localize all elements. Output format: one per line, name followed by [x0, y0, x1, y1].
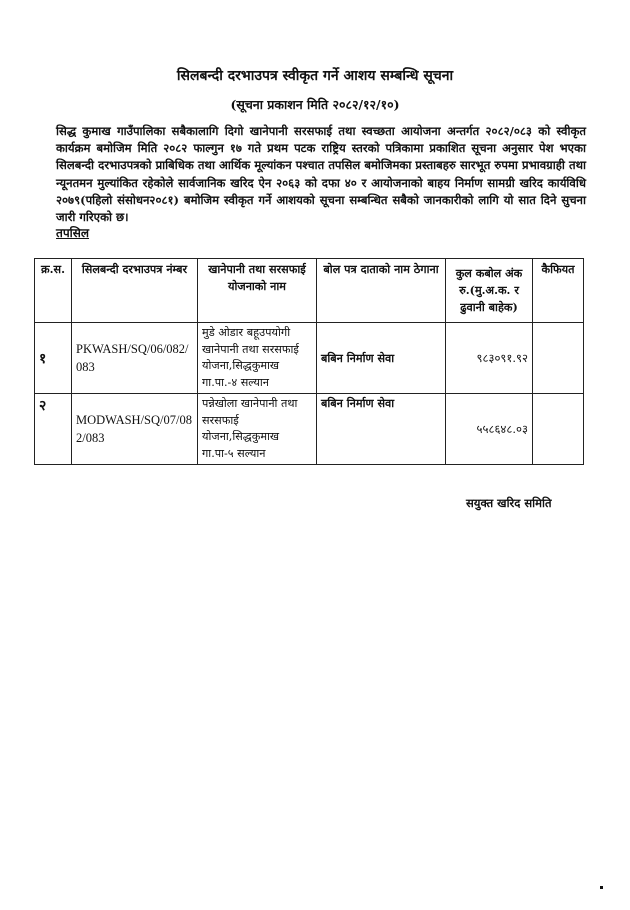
header-amount: कुल कबोल अंक रु.(मु.अ.क. र ढुवानी बाहेक)	[446, 259, 533, 323]
table-row: २ MODWASH/SQ/07/082/083 पन्नेखोला खानेपा…	[35, 394, 584, 465]
header-remarks: कैफियत	[533, 259, 584, 323]
scan-speck	[600, 886, 603, 889]
section-heading: तपसिल	[56, 224, 89, 241]
signature-committee: सयुक्त खरिद समिति	[466, 496, 552, 511]
table-row: १ PKWASH/SQ/06/082/083 मुडे ओडार बहूउपयो…	[35, 323, 584, 394]
row-amount: ९८३०९१.९२	[446, 323, 533, 394]
row-sn: १	[35, 323, 72, 394]
row-scheme: पन्नेखोला खानेपानी तथा सरसफाई योजना,सिद्…	[198, 394, 317, 465]
notice-title: सिलबन्दी दरभाउपत्र स्वीकृत गर्ने आशय सम्…	[0, 66, 630, 85]
header-bidder: बोल पत्र दाताको नाम ठेगाना	[317, 259, 446, 323]
table-header-row: क्र.स. सिलबन्दी दरभाउपत्र नंम्बर खानेपान…	[35, 259, 584, 323]
row-bidder: बबिन निर्माण सेवा	[317, 394, 446, 465]
row-bid-number: PKWASH/SQ/06/082/083	[72, 323, 198, 394]
publication-date: (सूचना प्रकाशन मिति २०८२/१२/१०)	[0, 96, 630, 113]
row-bidder: बबिन निर्माण सेवा	[317, 323, 446, 394]
header-sn: क्र.स.	[35, 259, 72, 323]
row-remarks	[533, 394, 584, 465]
notice-body: सिद्ध कुमाख गाउँपालिका सबैकालागि दिगो खा…	[56, 123, 586, 226]
header-bid-number: सिलबन्दी दरभाउपत्र नंम्बर	[72, 259, 198, 323]
row-sn: २	[35, 394, 72, 465]
row-scheme: मुडे ओडार बहूउपयोगी खानेपानी तथा सरसफाई …	[198, 323, 317, 394]
header-scheme-name: खानेपानी तथा सरसफाई योजनाको नाम	[198, 259, 317, 323]
row-bid-number: MODWASH/SQ/07/082/083	[72, 394, 198, 465]
row-amount: ५५८६४८.०३	[446, 394, 533, 465]
bid-table: क्र.स. सिलबन्दी दरभाउपत्र नंम्बर खानेपान…	[34, 258, 584, 465]
row-remarks	[533, 323, 584, 394]
